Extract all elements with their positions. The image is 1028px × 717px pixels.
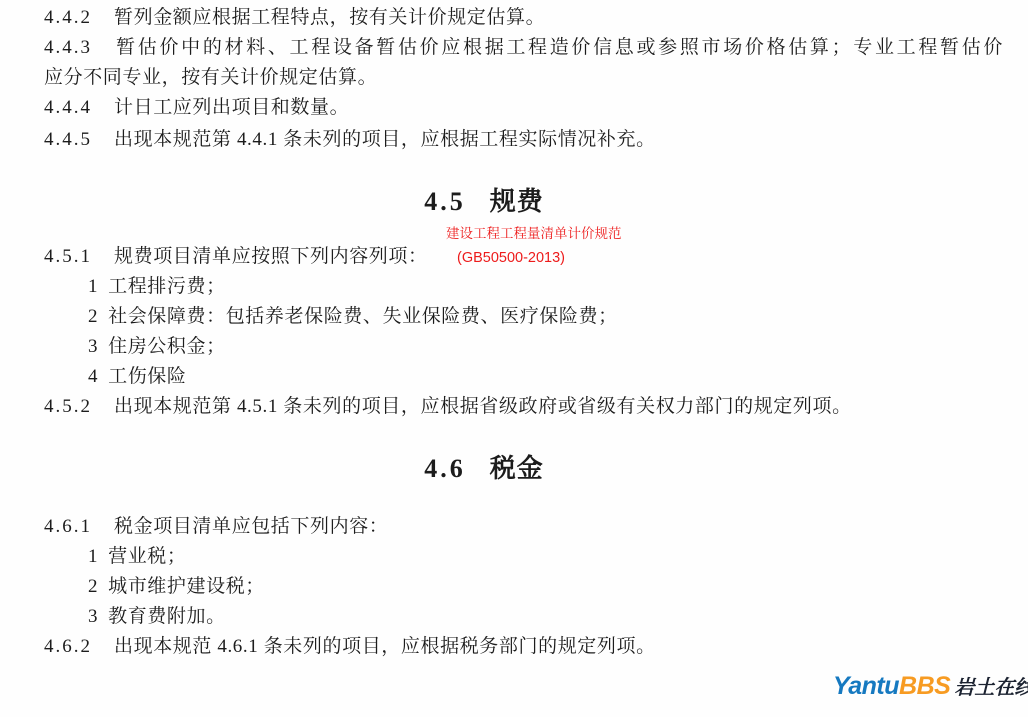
- clause-text: 暂估价中的材料、工程设备暂估价应根据工程造价信息或参照市场价格估算；专业工程暂估…: [114, 37, 1003, 58]
- item-text: 城市维护建设税；: [108, 576, 265, 597]
- list-item: 3教育费附加。: [88, 606, 226, 627]
- clause-number: 4.4.3: [44, 37, 92, 58]
- clause-text: 出现本规范第 4.5.1 条未列的项目，应根据省级政府或省级有关权力部门的规定列…: [114, 396, 852, 417]
- watermark-line2: (GB50500-2013): [457, 251, 565, 266]
- item-number: 3: [88, 606, 98, 627]
- clause-4-6-2: 4.6.2出现本规范 4.6.1 条未列的项目，应根据税务部门的规定列项。: [44, 636, 656, 657]
- list-item: 1营业税；: [88, 546, 187, 567]
- list-item: 2城市维护建设税；: [88, 576, 265, 597]
- item-text: 住房公积金；: [108, 336, 226, 357]
- clause-text: 出现本规范 4.6.1 条未列的项目，应根据税务部门的规定列项。: [114, 636, 656, 657]
- clause-number: 4.4.5: [44, 129, 92, 150]
- logo-yantu: Yantu: [833, 672, 899, 700]
- item-text: 工程排污费；: [108, 276, 226, 297]
- section-number: 4.6: [424, 454, 466, 483]
- clause-number: 4.5.2: [44, 396, 92, 417]
- clause-number: 4.5.1: [44, 246, 92, 267]
- clause-number: 4.6.1: [44, 516, 92, 537]
- clause-text: 应分不同专业，按有关计价规定估算。: [44, 67, 377, 88]
- list-item: 1工程排污费；: [88, 276, 226, 297]
- clause-4-4-4: 4.4.4计日工应列出项目和数量。: [44, 97, 349, 118]
- section-number: 4.5: [424, 187, 466, 216]
- clause-text: 暂列金额应根据工程特点，按有关计价规定估算。: [114, 7, 545, 28]
- item-text: 社会保障费：包括养老保险费、失业保险费、医疗保险费；: [108, 306, 618, 327]
- clause-4-5-1: 4.5.1规费项目清单应按照下列内容列项：: [44, 246, 428, 267]
- item-number: 1: [88, 546, 98, 567]
- clause-text: 规费项目清单应按照下列内容列项：: [114, 246, 428, 267]
- section-title: 税金: [490, 454, 544, 483]
- item-number: 3: [88, 336, 98, 357]
- item-text: 营业税；: [108, 546, 186, 567]
- section-heading-4-5: 4.5规费: [44, 181, 924, 218]
- clause-text: 出现本规范第 4.4.1 条未列的项目，应根据工程实际情况补充。: [114, 129, 656, 150]
- list-item: 2社会保障费：包括养老保险费、失业保险费、医疗保险费；: [88, 306, 618, 327]
- section-title: 规费: [490, 187, 544, 216]
- clause-number: 4.4.2: [44, 7, 92, 28]
- yantubbs-logo: YantuBBS岩土在线: [833, 671, 1028, 701]
- item-number: 2: [88, 576, 98, 597]
- list-item: 4工伤保险: [88, 366, 187, 387]
- clause-text: 税金项目清单应包括下列内容：: [114, 516, 388, 537]
- item-number: 2: [88, 306, 98, 327]
- watermark-line1: 建设工程工程量清单计价规范: [446, 226, 622, 241]
- clause-4-5-2: 4.5.2出现本规范第 4.5.1 条未列的项目，应根据省级政府或省级有关权力部…: [44, 396, 852, 417]
- logo-bbs: BBS: [899, 672, 950, 700]
- clause-4-4-5: 4.4.5出现本规范第 4.4.1 条未列的项目，应根据工程实际情况补充。: [44, 129, 656, 150]
- item-number: 1: [88, 276, 98, 297]
- document-page: 4.4.2暂列金额应根据工程特点，按有关计价规定估算。 4.4.3暂估价中的材料…: [0, 0, 1028, 717]
- clause-4-4-2: 4.4.2暂列金额应根据工程特点，按有关计价规定估算。: [44, 7, 545, 28]
- list-item: 3住房公积金；: [88, 336, 226, 357]
- logo-cn-text: 岩土在线: [954, 677, 1028, 699]
- clause-4-4-3: 4.4.3暂估价中的材料、工程设备暂估价应根据工程造价信息或参照市场价格估算；专…: [44, 37, 1003, 58]
- item-number: 4: [88, 366, 98, 387]
- clause-number: 4.6.2: [44, 636, 92, 657]
- clause-4-4-3-continuation: 应分不同专业，按有关计价规定估算。: [44, 67, 377, 88]
- section-heading-4-6: 4.6税金: [44, 448, 924, 485]
- clause-4-6-1: 4.6.1税金项目清单应包括下列内容：: [44, 516, 388, 537]
- clause-number: 4.4.4: [44, 97, 92, 118]
- clause-text: 计日工应列出项目和数量。: [114, 97, 349, 118]
- item-text: 工伤保险: [108, 366, 186, 387]
- item-text: 教育费附加。: [108, 606, 226, 627]
